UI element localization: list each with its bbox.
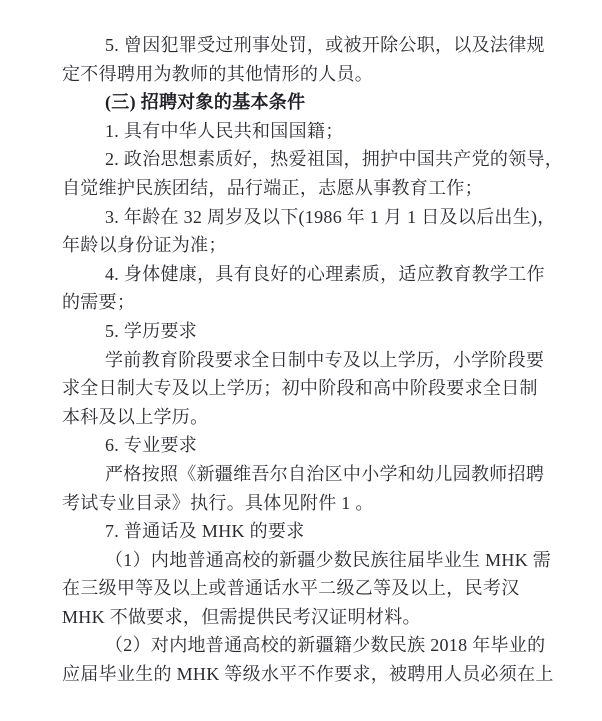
text-line: （2）对内地普通高校的新疆籍少数民族 2018 年毕业的: [62, 631, 574, 660]
text-line: 5. 学历要求: [62, 317, 574, 346]
text-line: 7. 普通话及 MHK 的要求: [62, 517, 574, 546]
text-line: 求全日制大专及以上学历；初中阶段和高中阶段要求全日制: [62, 374, 574, 403]
text-line: 学前教育阶段要求全日制中专及以上学历，小学阶段要: [62, 346, 574, 375]
text-line: 的需要；: [62, 288, 574, 317]
section-heading: (三) 招聘对象的基本条件: [62, 88, 574, 117]
text-line: （1）内地普通高校的新疆少数民族往届毕业生 MHK 需: [62, 546, 574, 575]
text-line: 5. 曾因犯罪受过刑事处罚，或被开除公职，以及法律规: [62, 31, 574, 60]
text-line: 严格按照《新疆维吾尔自治区中小学和幼儿园教师招聘: [62, 460, 574, 489]
text-line: 3. 年龄在 32 周岁及以下(1986 年 1 月 1 日及以后出生)，: [62, 203, 574, 232]
text-line: 自觉维护民族团结，品行端正，志愿从事教育工作；: [62, 174, 574, 203]
text-line: 1. 具有中华人民共和国国籍；: [62, 117, 574, 146]
text-line: 本科及以上学历。: [62, 403, 574, 432]
text-line: 应届毕业生的 MHK 等级水平不作要求，被聘用人员必须在上: [62, 660, 574, 689]
text-line: 2. 政治思想素质好，热爱祖国，拥护中国共产党的领导，: [62, 145, 574, 174]
document-page: 5. 曾因犯罪受过刑事处罚，或被开除公职，以及法律规 定不得聘用为教师的其他情形…: [0, 0, 602, 721]
text-line: 6. 专业要求: [62, 431, 574, 460]
text-line: 在三级甲等及以上或普通话水平二级乙等及以上，民考汉: [62, 574, 574, 603]
text-line: 考试专业目录》执行。具体见附件 1 。: [62, 489, 574, 518]
text-line: 年龄以身份证为准；: [62, 231, 574, 260]
text-line: MHK 不做要求，但需提供民考汉证明材料。: [62, 603, 574, 632]
text-line: 定不得聘用为教师的其他情形的人员。: [62, 60, 574, 89]
text-line: 4. 身体健康，具有良好的心理素质，适应教育教学工作: [62, 260, 574, 289]
